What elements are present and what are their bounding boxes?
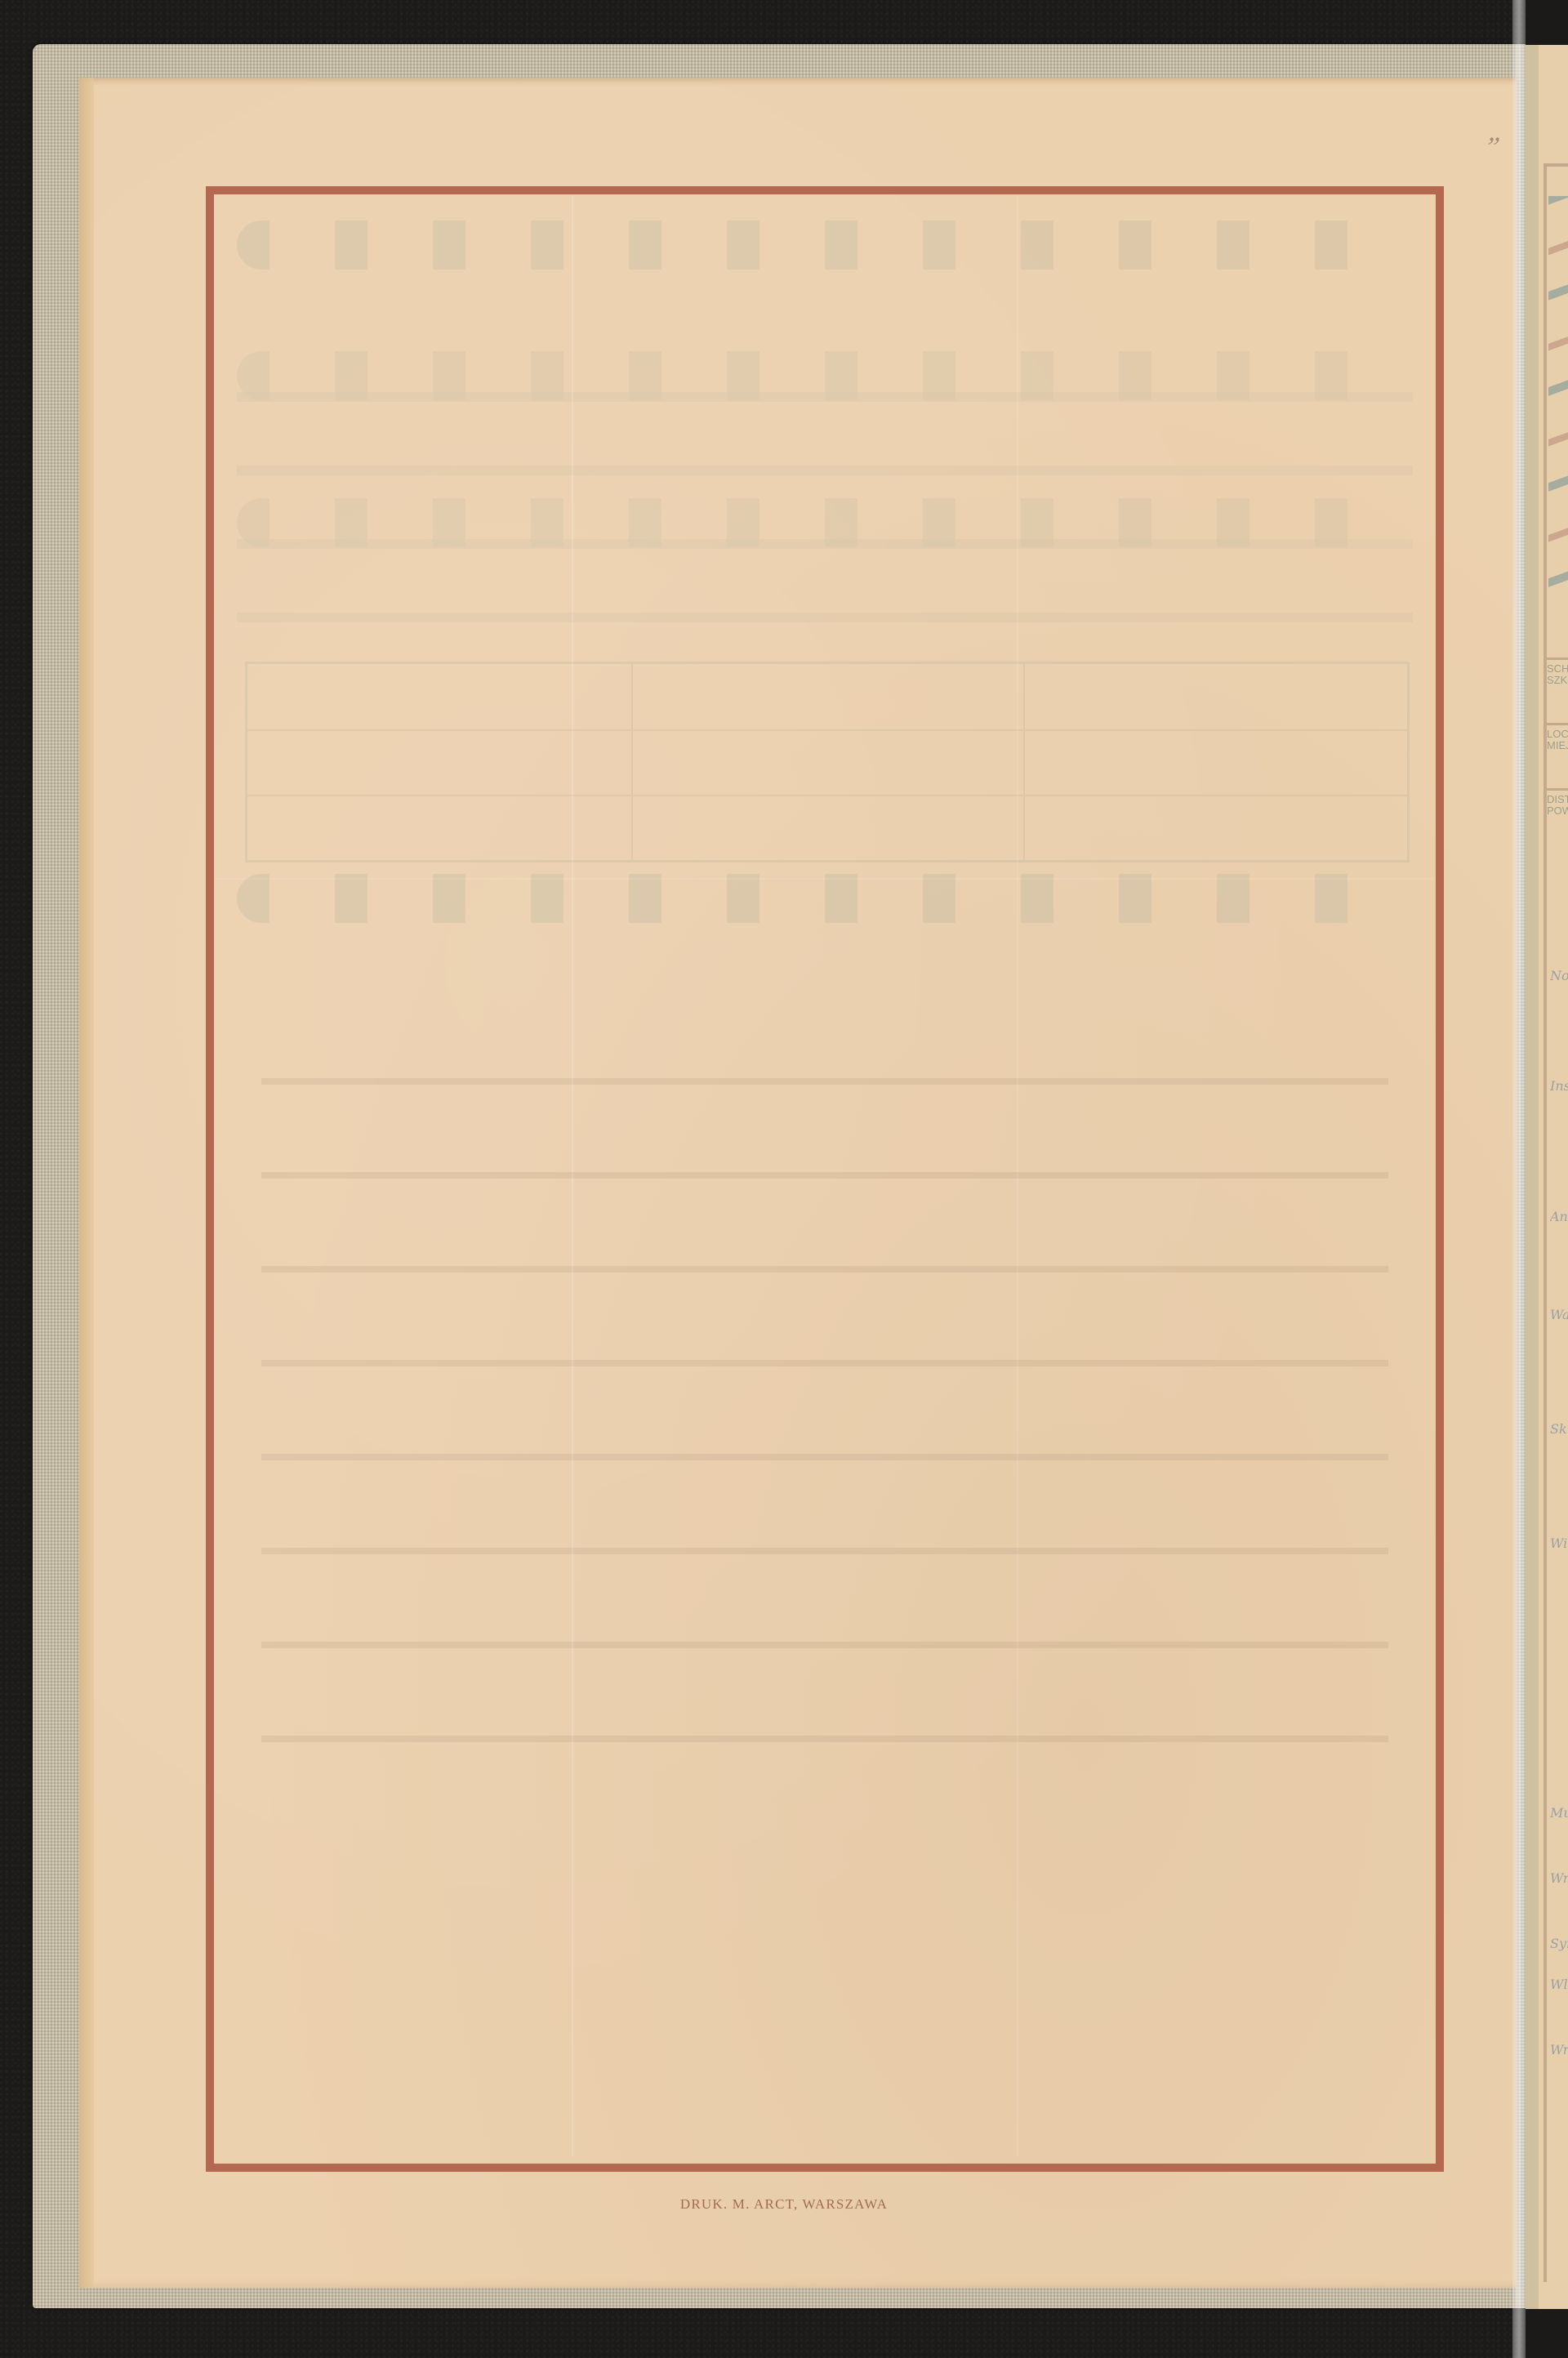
next-page-handwriting: Wrig (1550, 2042, 1568, 2057)
next-page-handwriting: Syn (1550, 1936, 1568, 1951)
next-page-handwriting: Wie (1550, 1536, 1568, 1551)
next-page-handwriting: Sk (1550, 1421, 1568, 1437)
background (1526, 0, 1568, 45)
next-page-handwriting: Ang (1550, 1209, 1568, 1224)
paper-hinge (79, 78, 94, 2288)
next-page-handwriting: Nor (1550, 968, 1568, 983)
next-page-handwriting: Wrig (1550, 1870, 1568, 1886)
next-page-label: DIST POW (1547, 788, 1568, 817)
background (1526, 2309, 1568, 2358)
next-page-handwriting: Wa (1550, 1307, 1568, 1322)
next-page-ornament (1548, 196, 1568, 621)
next-page-label: LOCA MIEJ (1547, 723, 1568, 751)
next-page-edge: SCHO SZKO LOCA MIEJ DIST POW Nor Ins Ang… (1526, 0, 1568, 2358)
printed-border-frame (206, 186, 1444, 2172)
next-page-label: SCHO SZKO (1547, 657, 1568, 686)
next-page-handwriting: Wlo (1550, 1977, 1568, 1992)
printer-imprint: DRUK. M. ARCT, WARSZAWA (0, 2196, 1568, 2213)
next-page-handwriting: Muc (1550, 1805, 1568, 1821)
next-page-handwriting: Ins (1550, 1078, 1568, 1094)
